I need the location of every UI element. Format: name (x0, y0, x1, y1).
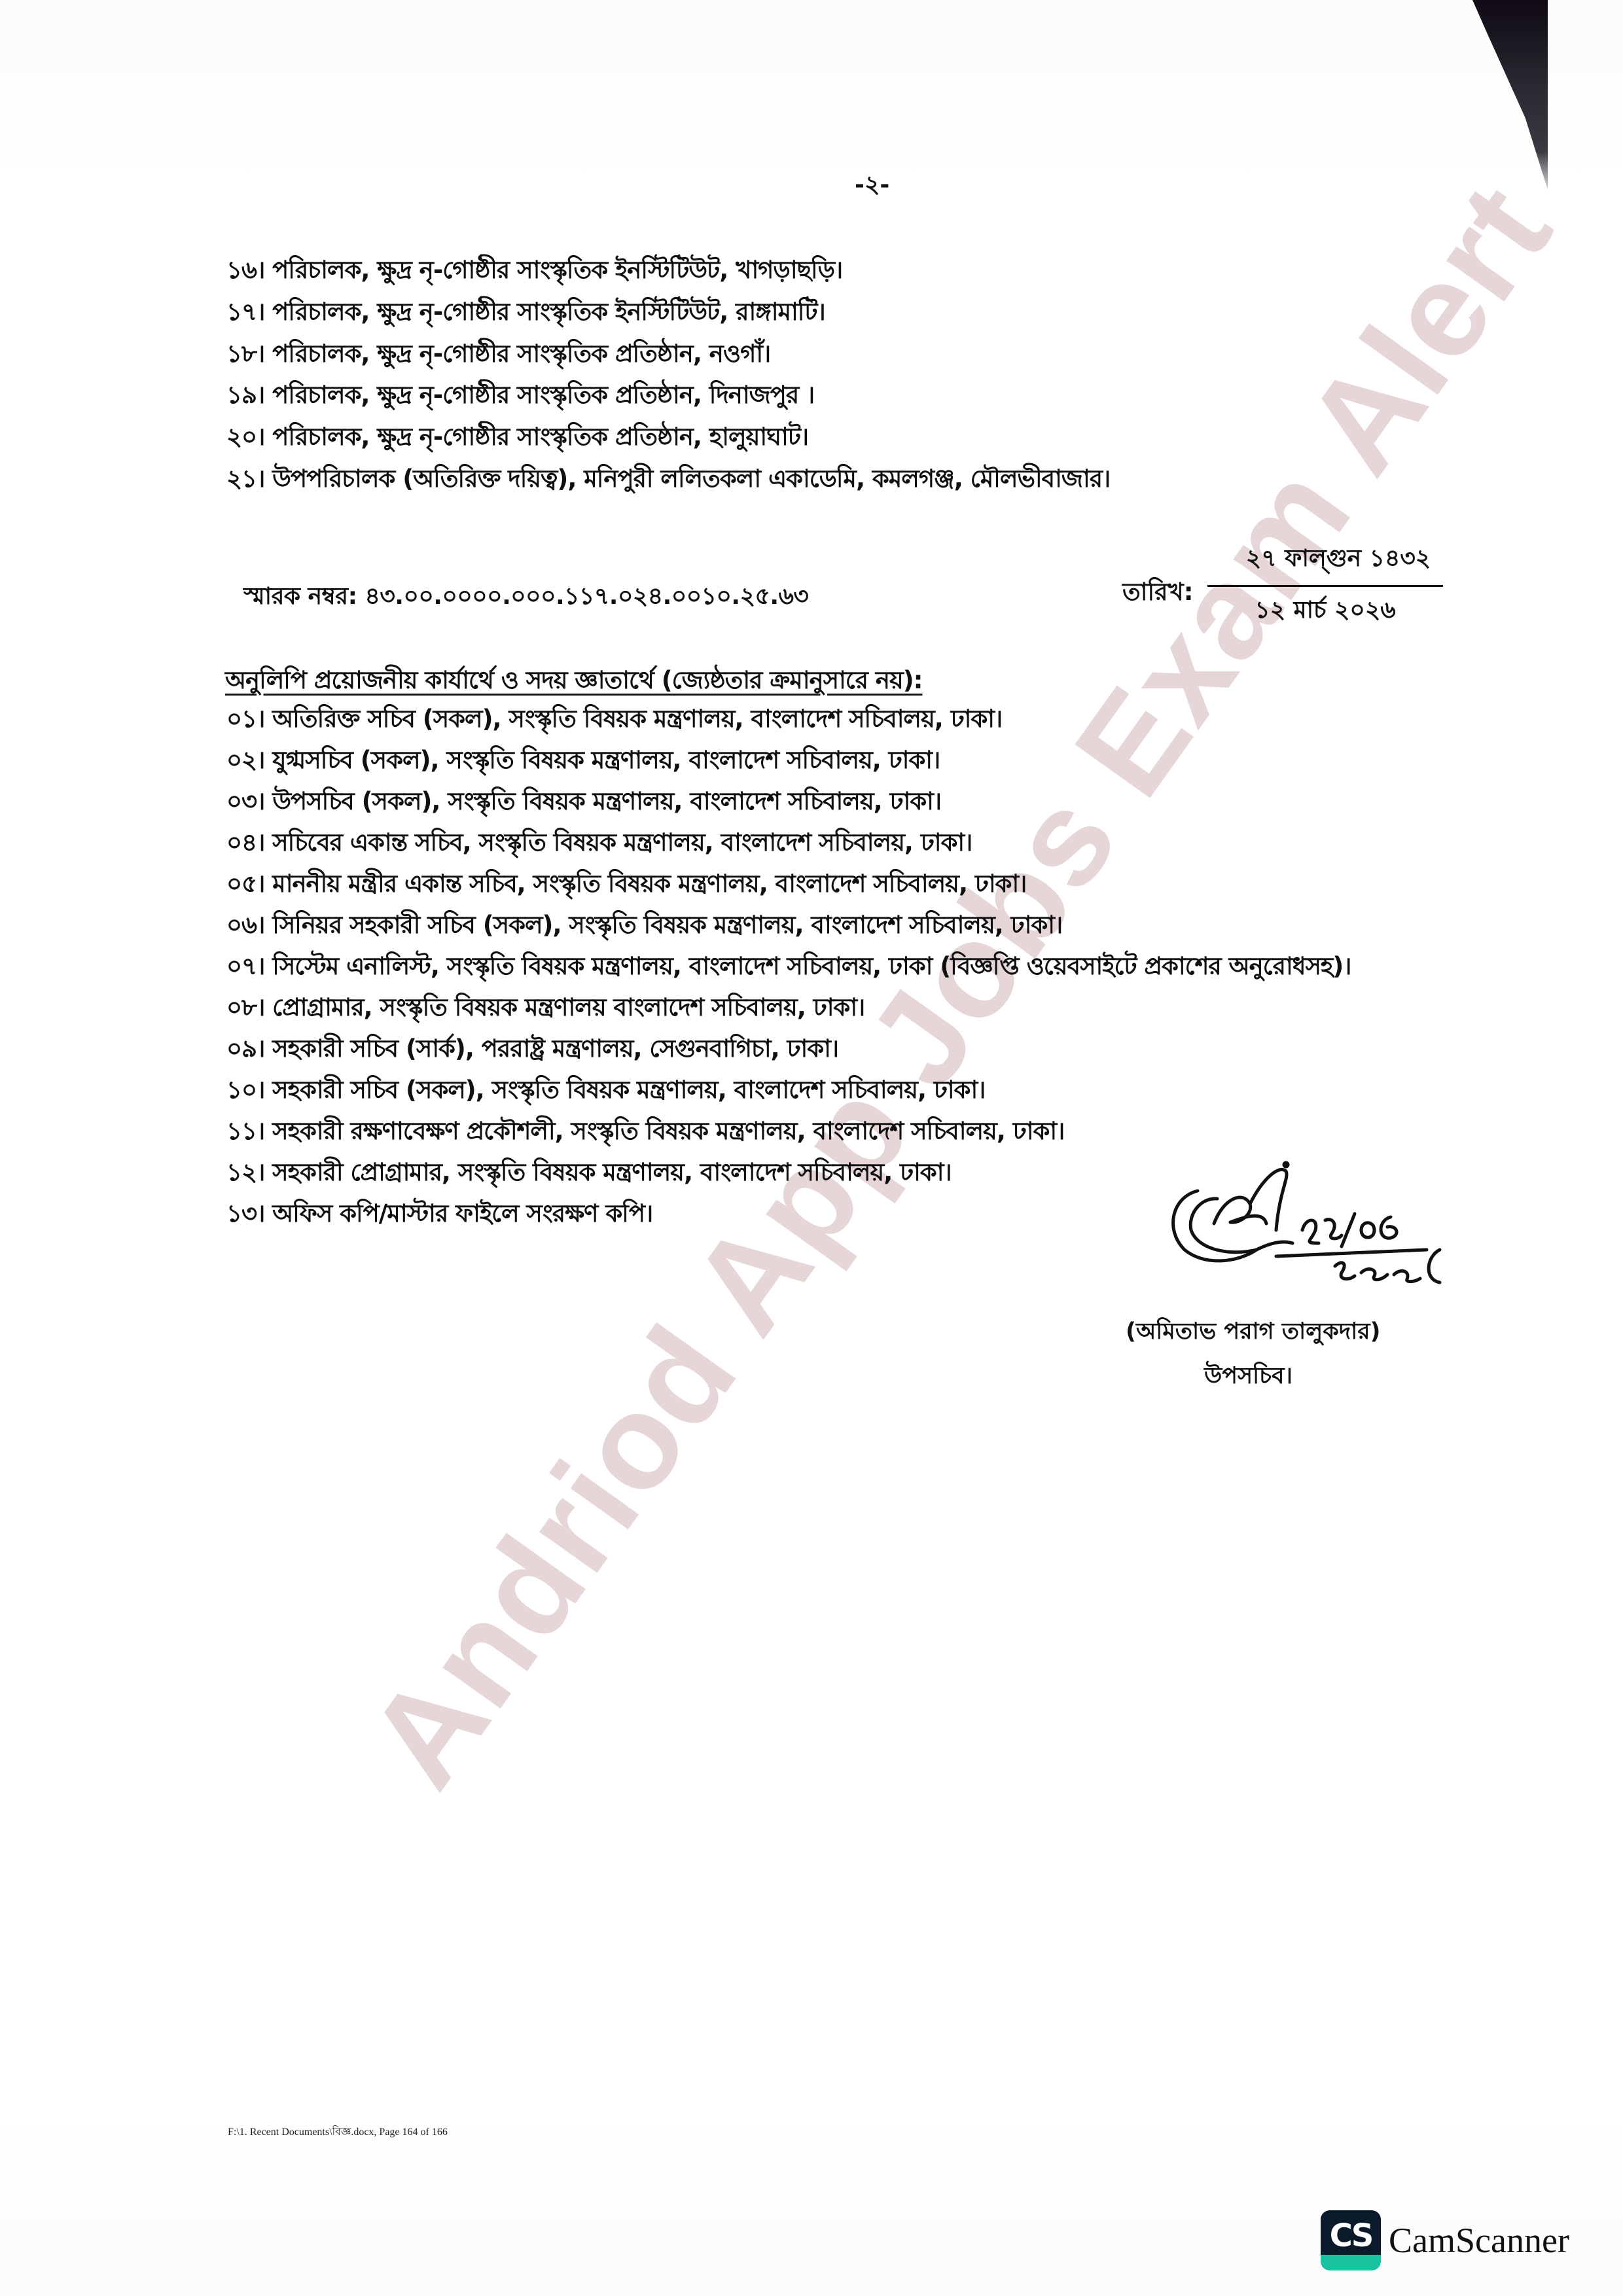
list-item: ০৫। মাননীয় মন্ত্রীর একান্ত সচিব, সংস্কৃ… (226, 872, 1026, 896)
camscanner-badge: CS CamScanner (1321, 2210, 1569, 2270)
list-item: ০৭। সিস্টেম এনালিস্ট, সংস্কৃতি বিষয়ক মন… (226, 954, 1351, 978)
list-item: ১২। সহকারী প্রোগ্রামার, সংস্কৃতি বিষয়ক … (226, 1160, 952, 1184)
handwritten-signature (1152, 1152, 1453, 1302)
list-item: ০৩। উপসচিব (সকল), সংস্কৃতি বিষয়ক মন্ত্র… (226, 789, 941, 813)
date-bengali: ২৭ ফাল্গুন ১৪৩২ (1207, 540, 1443, 587)
list-item: ১৯। পরিচালক, ক্ষুদ্র নৃ-গোষ্ঠীর সাংস্কৃত… (226, 383, 814, 407)
page-number: -২- (855, 167, 889, 206)
list-item: ১৩। অফিস কপি/মাস্টার ফাইলে সংরক্ষণ কপি। (226, 1201, 652, 1226)
memo-number: স্মারক নম্বর: ৪৩.০০.০০০০.০০০.১১৭.০২৪.০০১… (243, 578, 808, 618)
list-item: ২০। পরিচালক, ক্ষুদ্র নৃ-গোষ্ঠীর সাংস্কৃত… (226, 425, 808, 449)
list-item: ২১। উপপরিচালক (অতিরিক্ত দয়িত্ব), মনিপুর… (226, 467, 1110, 491)
camscanner-name: CamScanner (1389, 2220, 1569, 2261)
list-item: ১০। সহকারী সচিব (সকল), সংস্কৃতি বিষয়ক ম… (226, 1078, 985, 1102)
camscanner-logo-icon: CS (1321, 2210, 1381, 2270)
list-item: ১৬। পরিচালক, ক্ষুদ্র নৃ-গোষ্ঠীর সাংস্কৃত… (226, 258, 842, 282)
date-label: তারিখ: (1122, 573, 1194, 614)
signer-designation: উপসচিব। (1204, 1358, 1293, 1396)
list-item: ১১। সহকারী রক্ষণাবেক্ষণ প্রকৌশলী, সংস্কৃ… (226, 1119, 1064, 1143)
date-block: ২৭ ফাল্গুন ১৪৩২ ১২ মার্চ ২০২৬ (1207, 540, 1443, 631)
list-item: ০৪। সচিবের একান্ত সচিব, সংস্কৃতি বিষয়ক … (226, 830, 972, 855)
memo-label: স্মারক নম্বর: (243, 583, 357, 610)
date-gregorian: ১২ মার্চ ২০২৬ (1207, 587, 1443, 631)
document-content: -২- ১৬। পরিচালক, ক্ষুদ্র নৃ-গোষ্ঠীর সাংস… (0, 0, 1623, 2296)
list-item: ০৯। সহকারী সচিব (সার্ক), পররাষ্ট্র মন্ত্… (226, 1036, 838, 1061)
list-item: ০২। যুগ্মসচিব (সকল), সংস্কৃতি বিষয়ক মন্… (226, 748, 940, 772)
memo-value: ৪৩.০০.০০০০.০০০.১১৭.০২৪.০০১০.২৫.৬৩ (365, 583, 809, 610)
signer-name: (অমিতাভ পরাগ তালুকদার) (1126, 1313, 1380, 1352)
list-item: ০৬। সিনিয়র সহকারী সচিব (সকল), সংস্কৃতি … (226, 913, 1062, 937)
list-item: ০১। অতিরিক্ত সচিব (সকল), সংস্কৃতি বিষয়ক… (226, 707, 1002, 731)
list-item: ১৭। পরিচালক, ক্ষুদ্র নৃ-গোষ্ঠীর সাংস্কৃত… (226, 300, 825, 324)
list-item: ০৮। প্রোগ্রামার, সংস্কৃতি বিষয়ক মন্ত্রণ… (226, 995, 865, 1019)
footer-file-path: F:\1. Recent Documents\বিজ্ঞ.docx, Page … (228, 2123, 448, 2141)
copy-list-heading: অনুলিপি প্রয়োজনীয় কার্যার্থে ও সদয় জ্… (225, 661, 922, 702)
list-item: ১৮। পরিচালক, ক্ষুদ্র নৃ-গোষ্ঠীর সাংস্কৃত… (226, 342, 770, 366)
